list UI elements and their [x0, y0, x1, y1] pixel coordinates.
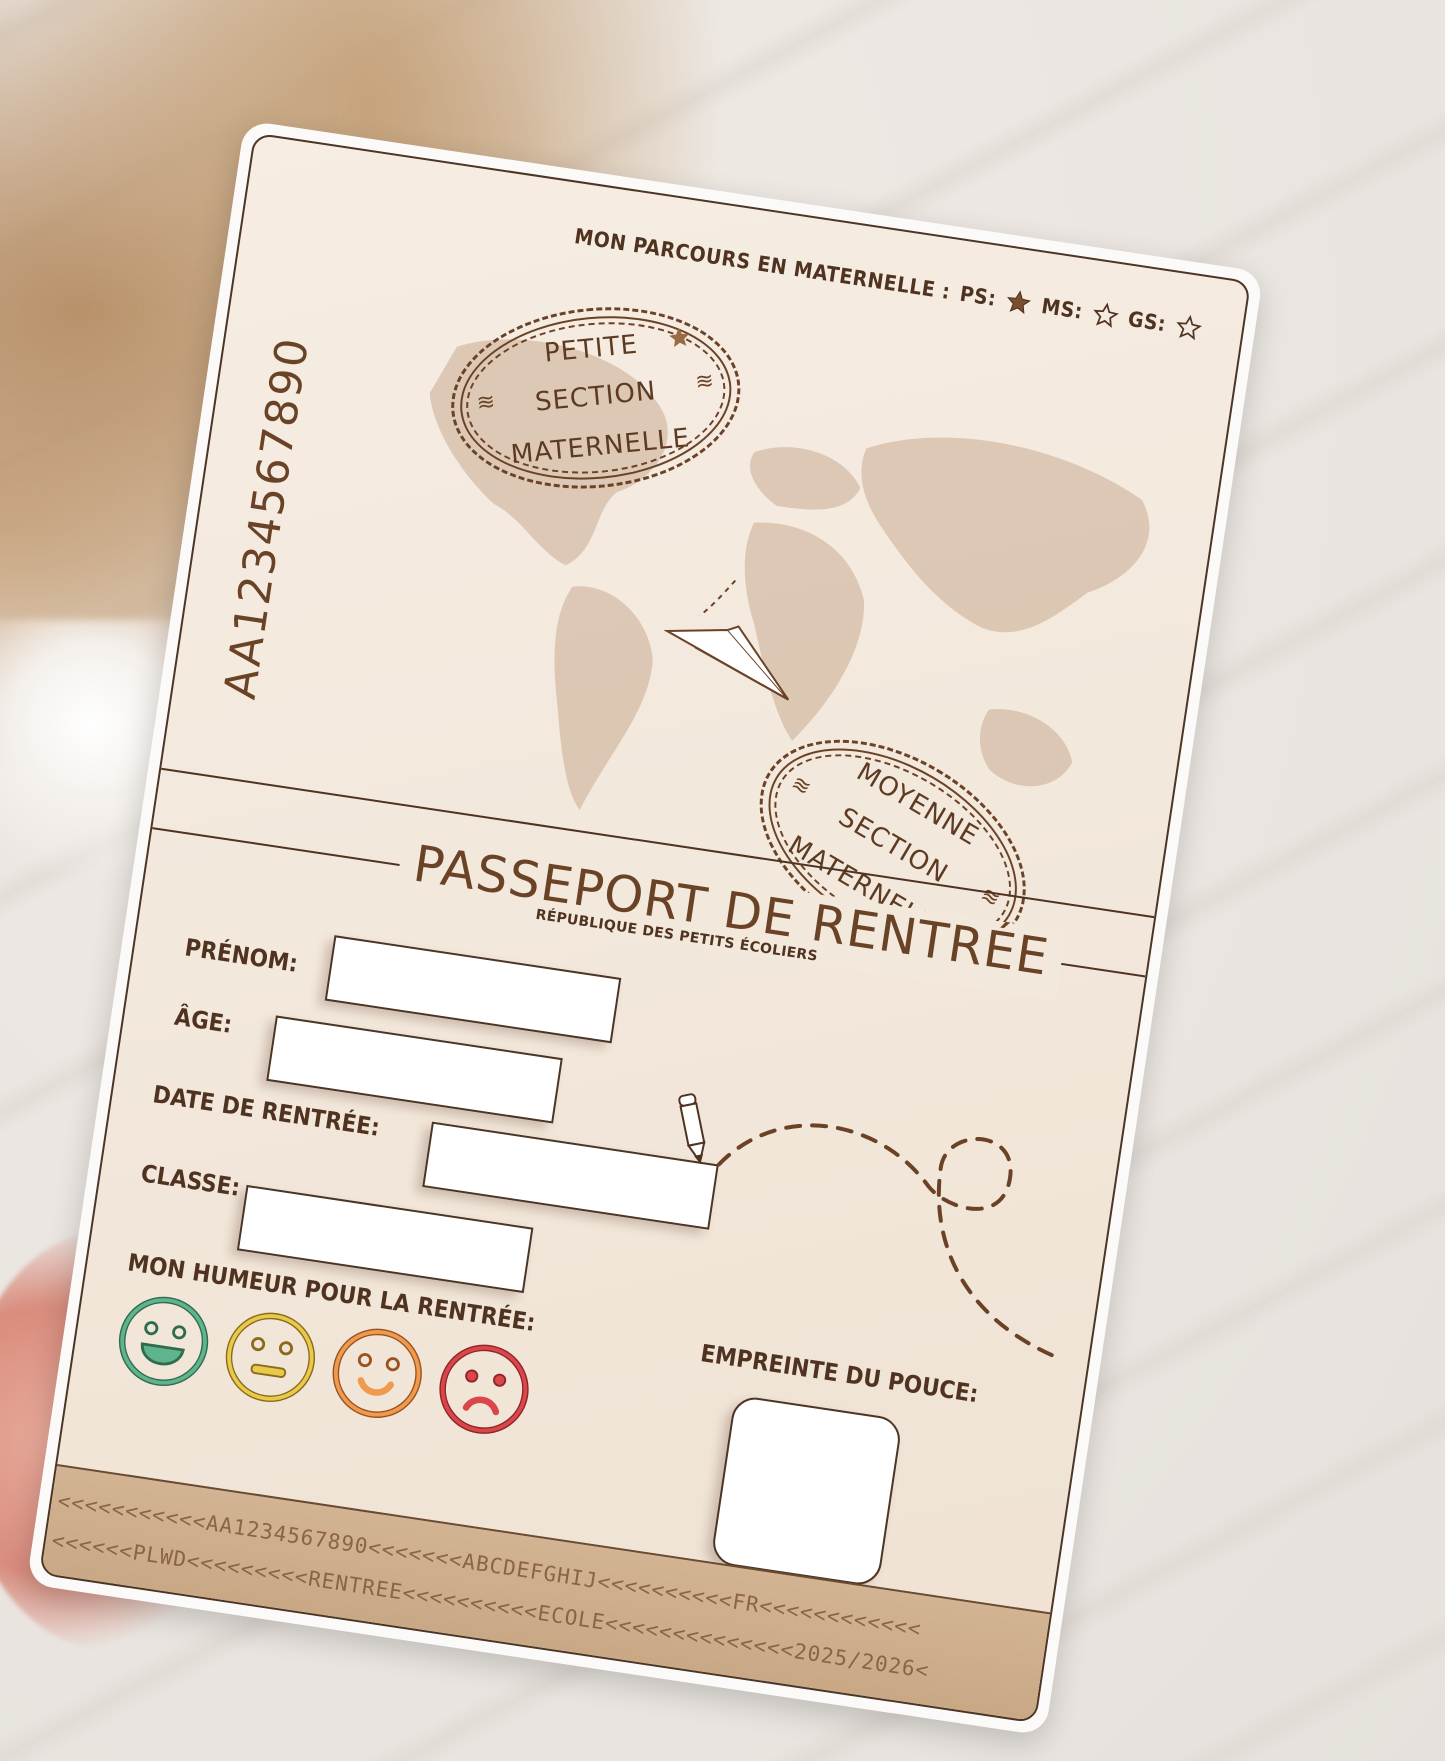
age-label: ÂGE: — [173, 1003, 234, 1039]
waves-icon: ≋ — [476, 396, 496, 411]
level-gs-label: GS: — [1126, 307, 1167, 336]
happy-face-icon[interactable] — [324, 1320, 431, 1427]
very-happy-face-icon[interactable] — [110, 1288, 217, 1395]
passport-board: MON PARCOURS EN MATERNELLE : PS: MS: GS:… — [26, 120, 1263, 1736]
machine-readable-zone: <<<<<<<<<<<AA1234567890<<<<<<<ABCDEFGHIJ… — [41, 1464, 1050, 1721]
stamp-petite-section: PETITE SECTION MATERNELLE ≋ ≋ — [443, 294, 749, 501]
outline-star-icon — [1091, 301, 1121, 331]
level-ps-label: PS: — [958, 282, 998, 311]
classe-label: CLASSE: — [139, 1159, 242, 1201]
neutral-face-icon[interactable] — [217, 1304, 324, 1411]
paper-plane-icon — [648, 560, 816, 711]
prenom-field[interactable] — [325, 935, 622, 1043]
outline-star-icon — [1174, 313, 1204, 343]
dashed-path-decoration — [684, 1074, 1098, 1387]
filled-star-icon — [1004, 288, 1034, 318]
serial-number: AA1234567890 — [215, 333, 319, 702]
parcours-label: MON PARCOURS EN MATERNELLE : — [573, 224, 952, 304]
waves-icon: ≋ — [695, 375, 715, 390]
filled-star-icon — [666, 325, 692, 351]
wood-panel: MON PARCOURS EN MATERNELLE : PS: MS: GS:… — [39, 133, 1251, 1724]
level-ms-label: MS: — [1040, 294, 1085, 324]
prenom-label: PRÉNOM: — [183, 933, 300, 978]
sad-face-icon[interactable] — [431, 1336, 538, 1443]
thumbprint-box[interactable] — [710, 1394, 903, 1587]
